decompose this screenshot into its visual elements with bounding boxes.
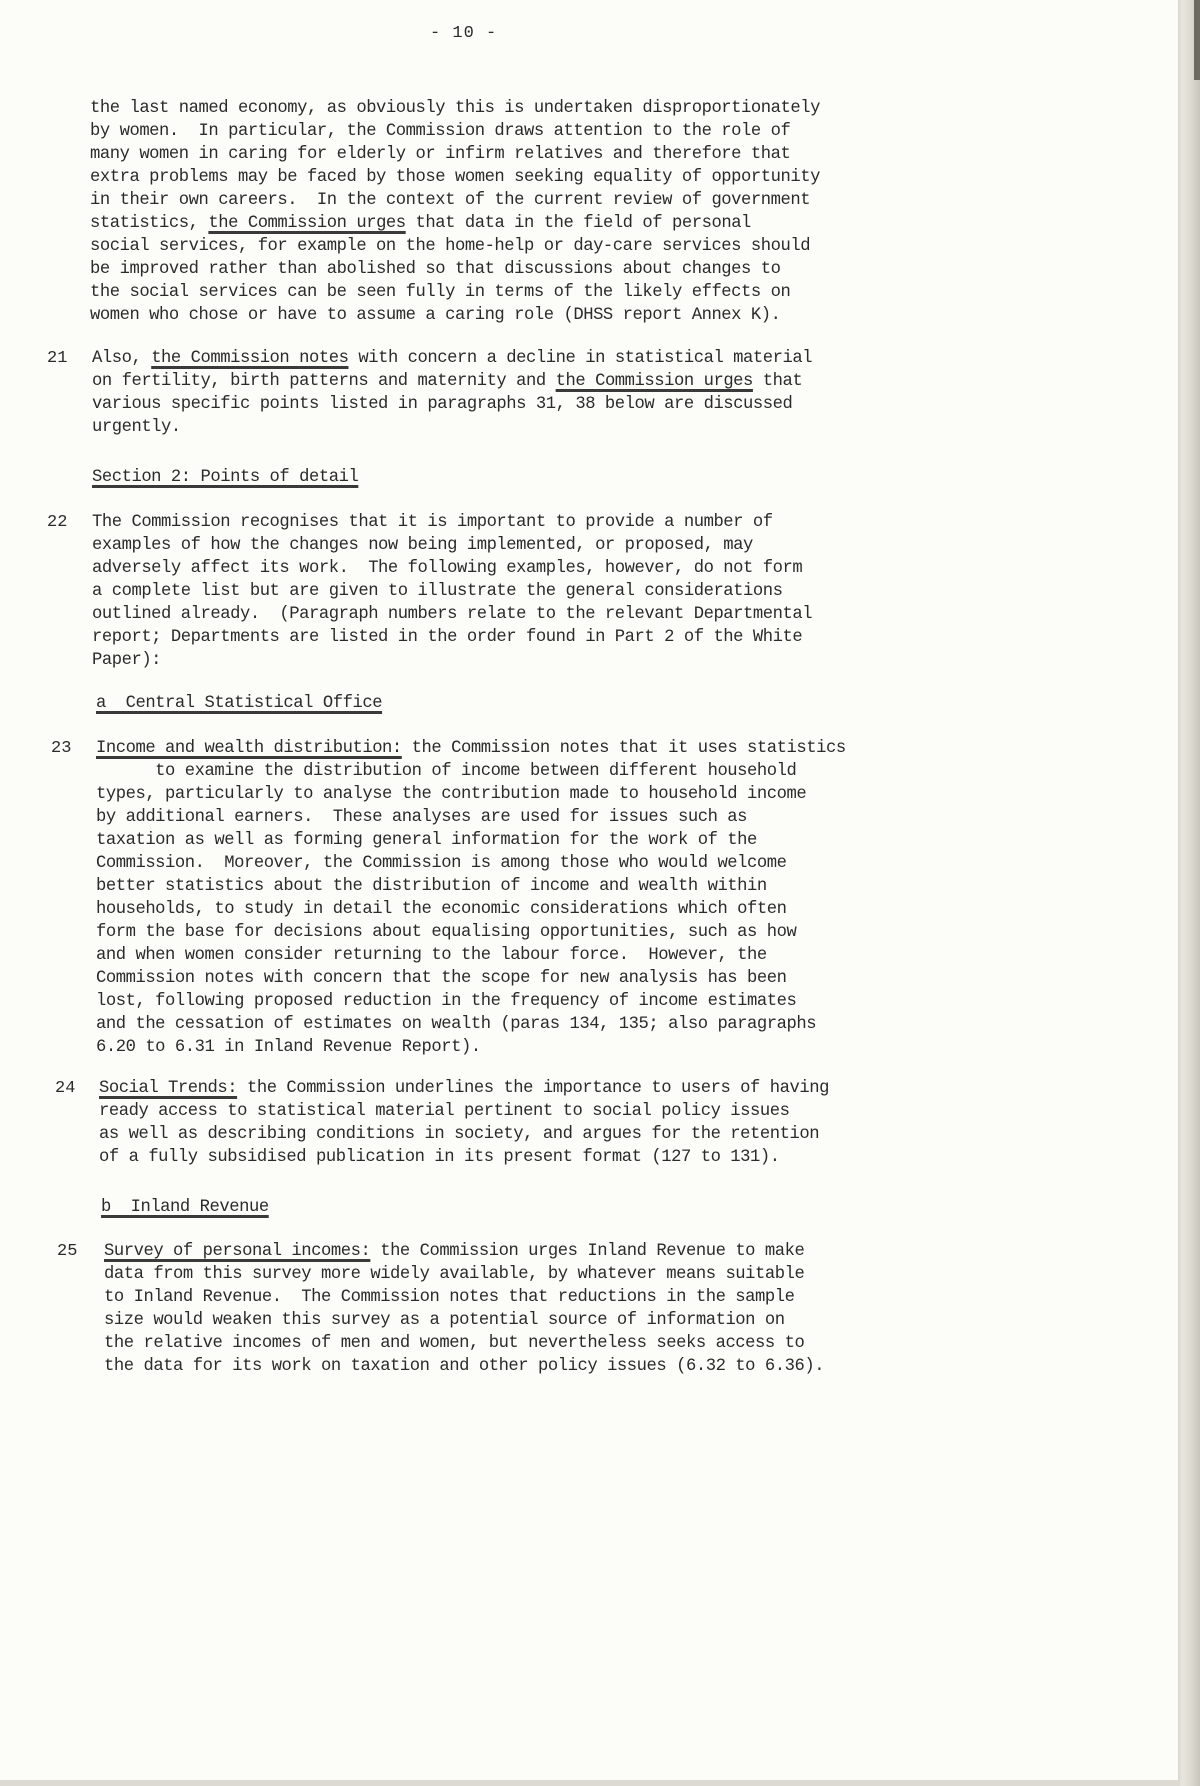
page-bottom-edge: [0, 1780, 1178, 1786]
text-line: extra problems may be faced by those wom…: [90, 166, 820, 189]
underlined-phrase: Social Trends:: [99, 1079, 237, 1098]
text-line: The Commission recognises that it is imp…: [92, 511, 773, 534]
text-line: women who chose or have to assume a cari…: [90, 304, 781, 327]
text-segment: the Commission underlines the importance…: [237, 1079, 829, 1098]
text-line: a complete list but are given to illustr…: [92, 580, 783, 603]
text-line: by additional earners. These analyses ar…: [96, 806, 747, 829]
text-line: form the base for decisions about equali…: [96, 921, 796, 944]
text-line: and the cessation of estimates on wealth…: [96, 1013, 816, 1036]
text-line: Also, the Commission notes with concern …: [92, 347, 812, 370]
text-line: the relative incomes of men and women, b…: [104, 1332, 804, 1355]
text-line: urgently.: [92, 416, 181, 439]
text-line: in their own careers. In the context of …: [90, 189, 810, 212]
text-line: social services, for example on the home…: [90, 235, 810, 258]
section-heading: b Inland Revenue: [101, 1196, 269, 1219]
paragraph-number: 23: [51, 737, 71, 760]
underlined-phrase: the Commission urges: [208, 214, 405, 233]
text-line: Income and wealth distribution: the Comm…: [96, 737, 846, 760]
text-line: and when women consider returning to the…: [96, 944, 767, 967]
underlined-phrase: the Commission urges: [556, 372, 753, 391]
text-segment: that data in the field of personal: [406, 214, 751, 233]
paragraph-number: 21: [47, 347, 67, 370]
underlined-phrase: the Commission notes: [151, 349, 348, 368]
text-line: as well as describing conditions in soci…: [99, 1123, 819, 1146]
text-line: report; Departments are listed in the or…: [92, 626, 802, 649]
page-number: - 10 -: [430, 24, 497, 43]
text-line: many women in caring for elderly or infi…: [90, 143, 790, 166]
text-segment: the Commission urges Inland Revenue to m…: [370, 1242, 804, 1261]
text-line: the data for its work on taxation and ot…: [104, 1355, 824, 1378]
paragraph-number: 24: [55, 1077, 75, 1100]
text-line: the last named economy, as obviously thi…: [90, 97, 820, 120]
section-heading: Section 2: Points of detail: [92, 466, 358, 489]
text-line: Paper):: [92, 649, 161, 672]
text-line: better statistics about the distribution…: [96, 875, 767, 898]
text-segment: statistics,: [90, 214, 208, 233]
text-line: various specific points listed in paragr…: [92, 393, 792, 416]
text-line: on fertility, birth patterns and materni…: [92, 370, 802, 393]
text-line: outlined already. (Paragraph numbers rel…: [92, 603, 812, 626]
text-line: to examine the distribution of income be…: [96, 760, 796, 783]
page-edge: [1178, 0, 1200, 1786]
text-line: statistics, the Commission urges that da…: [90, 212, 751, 235]
text-line: to Inland Revenue. The Commission notes …: [104, 1286, 795, 1309]
text-segment: that: [753, 372, 802, 391]
text-line: by women. In particular, the Commission …: [90, 120, 790, 143]
underlined-phrase: Income and wealth distribution:: [96, 739, 402, 758]
text-line: Commission. Moreover, the Commission is …: [96, 852, 787, 875]
text-line: 6.20 to 6.31 in Inland Revenue Report).: [96, 1036, 481, 1059]
paragraph-number: 22: [47, 511, 67, 534]
text-line: Commission notes with concern that the s…: [96, 967, 787, 990]
document-page: - 10 - the last named economy, as obviou…: [0, 0, 1178, 1782]
text-segment: on fertility, birth patterns and materni…: [92, 372, 556, 391]
paragraph-number: 25: [57, 1240, 77, 1263]
text-segment: the Commission notes that it uses statis…: [402, 739, 846, 758]
text-line: households, to study in detail the econo…: [96, 898, 787, 921]
text-line: Survey of personal incomes: the Commissi…: [104, 1240, 804, 1263]
text-line: size would weaken this survey as a poten…: [104, 1309, 785, 1332]
text-line: data from this survey more widely availa…: [104, 1263, 804, 1286]
text-segment: with concern a decline in statistical ma…: [348, 349, 812, 368]
text-line: ready access to statistical material per…: [99, 1100, 790, 1123]
text-line: of a fully subsidised publication in its…: [99, 1146, 780, 1169]
underlined-phrase: Survey of personal incomes:: [104, 1242, 370, 1261]
text-line: the social services can be seen fully in…: [90, 281, 790, 304]
text-line: lost, following proposed reduction in th…: [96, 990, 796, 1013]
text-line: Social Trends: the Commission underlines…: [99, 1077, 829, 1100]
text-line: adversely affect its work. The following…: [92, 557, 802, 580]
text-line: examples of how the changes now being im…: [92, 534, 753, 557]
section-heading: a Central Statistical Office: [96, 692, 382, 715]
text-segment: Also,: [92, 349, 151, 368]
text-line: types, particularly to analyse the contr…: [96, 783, 806, 806]
text-line: taxation as well as forming general info…: [96, 829, 757, 852]
text-line: be improved rather than abolished so tha…: [90, 258, 781, 281]
